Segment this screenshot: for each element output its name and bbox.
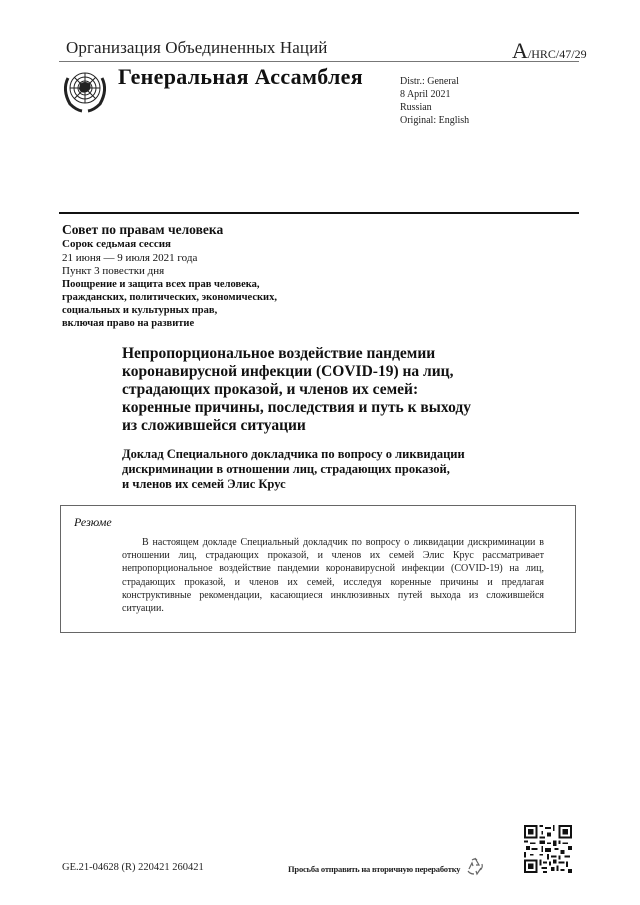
council-title: Совет по правам человека [62, 222, 277, 237]
distribution-original: Original: English [400, 114, 469, 127]
symbol-rest: /HRC/47/29 [528, 47, 587, 61]
council-session: Сорок седьмая сессия [62, 237, 277, 252]
recycle-icon [464, 855, 486, 877]
qr-code-icon [524, 824, 572, 874]
agenda-item: Пункт 3 повестки дня [62, 265, 277, 278]
title-line: коронавирусной инфекции (COVID-19) на ли… [122, 363, 482, 381]
summary-paragraph: В настоящем докладе Специальный докладчи… [122, 537, 544, 614]
job-code: GE.21-04628 (R) 220421 260421 [62, 862, 204, 873]
council-block: Совет по правам человека Сорок седьмая с… [62, 222, 277, 330]
summary-label: Резюме [74, 515, 112, 530]
distribution-language: Russian [400, 101, 469, 114]
title-line: Непропорциональное воздействие пандемии [122, 345, 482, 363]
body-name: Генеральная Ассамблея [118, 64, 363, 90]
council-dates: 21 июня — 9 июля 2021 года [62, 252, 277, 265]
subtitle-line: дискриминации в отношении лиц, страдающи… [122, 462, 492, 477]
agenda-line: социальных и культурных прав, [62, 304, 277, 317]
title-line: из сложившейся ситуации [122, 417, 482, 435]
title-line: страдающих проказой, и членов их семей: [122, 381, 482, 399]
agenda-line: гражданских, политических, экономических… [62, 291, 277, 304]
report-subtitle: Доклад Специального докладчика по вопрос… [122, 447, 492, 492]
distribution-date: 8 April 2021 [400, 88, 469, 101]
recycle-notice: Просьба отправить на вторичную переработ… [288, 864, 460, 874]
document-title: Непропорциональное воздействие пандемии … [122, 345, 482, 435]
header-divider [59, 61, 579, 62]
agenda-line: Поощрение и защита всех прав человека, [62, 278, 277, 291]
distribution-type: Distr.: General [400, 75, 469, 88]
title-line: коренные причины, последствия и путь к в… [122, 399, 482, 417]
summary-text: В настоящем докладе Специальный докладчи… [122, 536, 544, 615]
subtitle-line: и членов их семей Элис Крус [122, 477, 492, 492]
organization-name: Организация Объединенных Наций [66, 38, 328, 58]
subtitle-line: Доклад Специального докладчика по вопрос… [122, 447, 492, 462]
un-emblem-icon [60, 64, 110, 114]
symbol-prefix: A [512, 38, 528, 63]
distribution-info: Distr.: General 8 April 2021 Russian Ori… [400, 75, 469, 127]
section-divider [59, 212, 579, 214]
agenda-line: включая право на развитие [62, 317, 277, 330]
